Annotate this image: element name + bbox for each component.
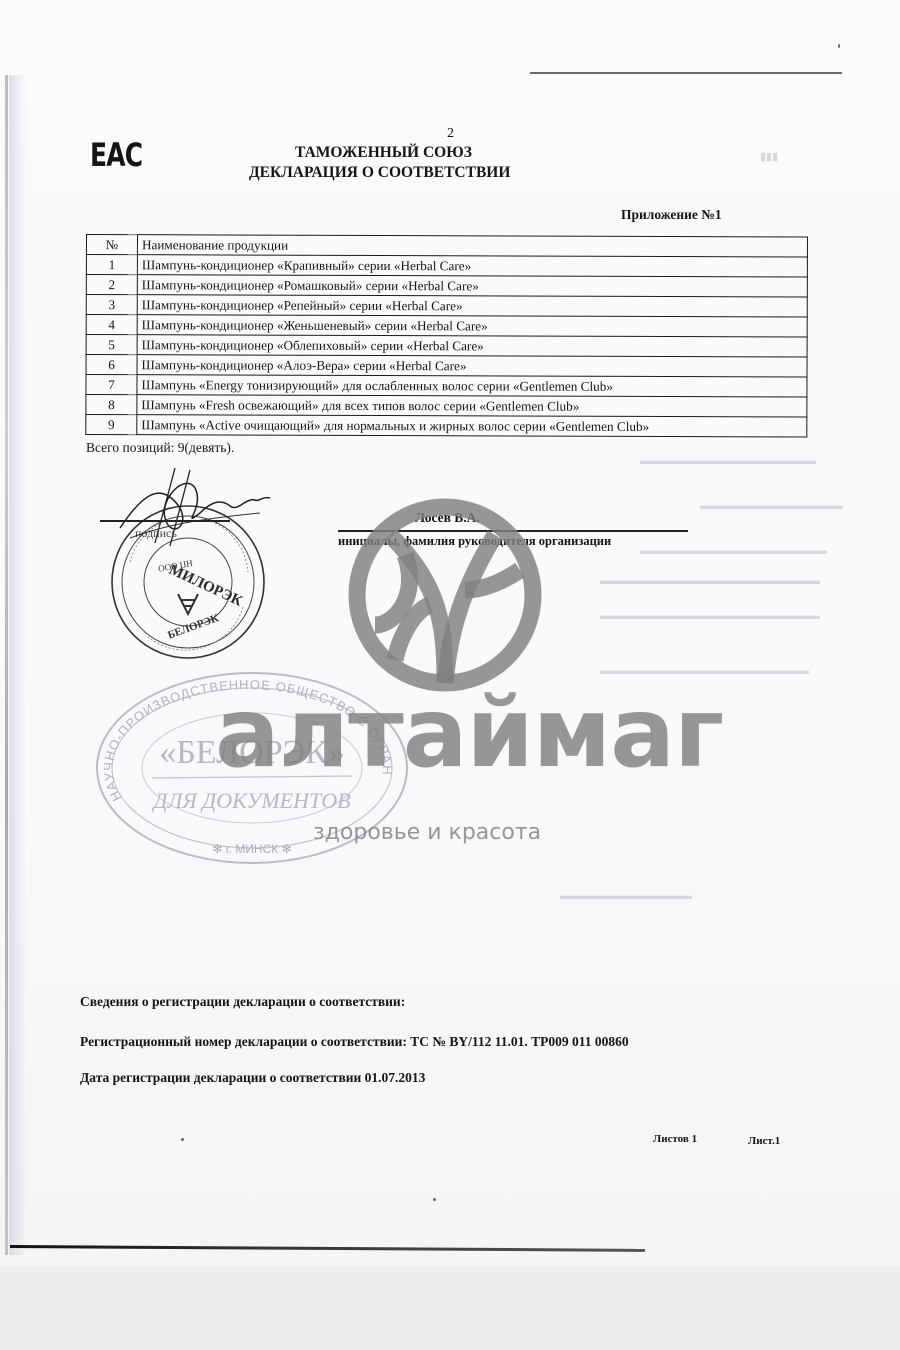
signature-line xyxy=(100,520,230,522)
table-header-row: № Наименование продукции xyxy=(86,235,807,258)
product-number: 5 xyxy=(86,335,137,355)
table-row: 9Шампунь «Active очищающий» для нормальн… xyxy=(86,415,807,438)
product-name: Шампунь-кондиционер «Облепиховый» серии … xyxy=(137,335,807,357)
scan-speck xyxy=(838,44,840,48)
document-title-union: ТАМОЖЕННЫЙ СОЮЗ xyxy=(295,144,472,162)
table-row: 6Шампунь-кондиционер «Алоэ-Вера» серии «… xyxy=(86,355,807,378)
signature-caption: подпись xyxy=(135,526,177,541)
table-row: 1Шампунь-кондиционер «Крапивный» серии «… xyxy=(86,255,807,278)
watermark-brand: алтаймаг xyxy=(215,685,723,781)
table-row: 7Шампунь «Energy тонизирующий» для ослаб… xyxy=(86,375,807,398)
handwritten-signature xyxy=(110,468,280,558)
sheets-total: Листов 1 xyxy=(653,1133,697,1145)
table-row: 3Шампунь-кондиционер «Репейный» серии «H… xyxy=(86,295,807,318)
product-name: Шампунь-кондиционер «Женьшеневый» серии … xyxy=(137,315,807,337)
product-number: 9 xyxy=(86,415,137,435)
eac-mark: ЕАС xyxy=(90,139,142,171)
ghost-text: ▬▬▬▬▬▬▬▬▬▬▬▬▬▬▬▬▬▬▬ xyxy=(600,665,809,677)
ghost-text: ▮▮▮ xyxy=(760,150,778,163)
product-name: Шампунь-кондиционер «Крапивный» серии «H… xyxy=(137,255,807,277)
product-number: 7 xyxy=(86,375,137,395)
table-row: 4Шампунь-кондиционер «Женьшеневый» серии… xyxy=(86,315,807,338)
table-row: 8Шампунь «Fresh освежающий» для всех тип… xyxy=(86,395,807,418)
page-bottom-shade xyxy=(0,1265,900,1350)
product-name: Шампунь «Energy тонизирующий» для ослабл… xyxy=(137,375,807,397)
table-row: 2Шампунь-кондиционер «Ромашковый» серии … xyxy=(86,275,807,298)
ghost-text: ▬▬▬▬▬▬▬▬▬▬▬▬▬▬▬▬▬▬▬▬ xyxy=(600,610,820,622)
scan-left-edge xyxy=(5,75,8,1255)
svg-text:ДЛЯ ДОКУМЕНТОВ: ДЛЯ ДОКУМЕНТОВ xyxy=(151,788,350,813)
document-title-declaration: ДЕКЛАРАЦИЯ О СООТВЕТСТВИИ xyxy=(249,164,510,182)
table-row: 5Шампунь-кондиционер «Облепиховый» серии… xyxy=(86,335,807,358)
appendix-label: Приложение №1 xyxy=(621,207,722,223)
total-positions: Всего позиций: 9(девять). xyxy=(86,440,234,456)
ghost-text: ▬▬▬▬▬▬▬▬▬▬▬▬▬▬▬▬▬ xyxy=(640,545,827,557)
registration-number: Регистрационный номер декларации о соотв… xyxy=(80,1034,629,1050)
svg-text:✻ г. МИНСК ✻: ✻ г. МИНСК ✻ xyxy=(212,842,291,856)
product-number: 1 xyxy=(86,255,137,275)
tree-in-circle-icon xyxy=(345,495,545,695)
ghost-text: ▬▬▬▬▬▬▬▬▬▬▬▬▬ xyxy=(700,500,843,512)
registration-date: Дата регистрации декларации о соответств… xyxy=(80,1070,425,1086)
product-number: 2 xyxy=(86,275,137,295)
column-header-number: № xyxy=(86,235,137,255)
product-number: 4 xyxy=(86,315,137,335)
ghost-text: ▬▬▬▬▬▬▬▬▬▬▬▬▬▬▬▬▬▬▬▬ xyxy=(600,575,820,587)
svg-text:БЕЛОРЭК: БЕЛОРЭК xyxy=(166,612,220,642)
ghost-text: ▬▬▬▬▬▬▬▬▬▬▬▬▬▬▬▬ xyxy=(640,455,816,467)
product-name: Шампунь-кондиционер «Репейный» серии «He… xyxy=(137,295,807,317)
product-name: Шампунь-кондиционер «Ромашковый» серии «… xyxy=(137,275,807,297)
product-name: Шампунь «Active очищающий» для нормальны… xyxy=(137,415,807,437)
scan-speck xyxy=(433,1198,436,1201)
ghost-text: ▬▬▬▬▬▬▬▬▬▬▬▬ xyxy=(560,890,692,902)
page-number: 2 xyxy=(447,126,454,142)
product-name: Шампунь-кондиционер «Алоэ-Вера» серии «H… xyxy=(137,355,807,377)
sheet-number: Лист.1 xyxy=(748,1135,780,1147)
registration-heading: Сведения о регистрации декларации о соот… xyxy=(80,994,405,1010)
top-divider xyxy=(530,72,842,74)
product-number: 8 xyxy=(86,395,137,415)
watermark-tagline: здоровье и красота xyxy=(313,822,541,844)
product-number: 3 xyxy=(86,295,137,315)
scan-speck xyxy=(181,1138,184,1141)
products-table: № Наименование продукции 1Шампунь-кондиц… xyxy=(85,234,808,438)
svg-text:МИЛОРЭК: МИЛОРЭК xyxy=(166,562,244,610)
product-number: 6 xyxy=(86,355,137,375)
scan-edge-shadow xyxy=(9,75,27,1255)
column-header-product-name: Наименование продукции xyxy=(137,235,807,257)
product-name: Шампунь «Fresh освежающий» для всех типо… xyxy=(137,395,807,417)
